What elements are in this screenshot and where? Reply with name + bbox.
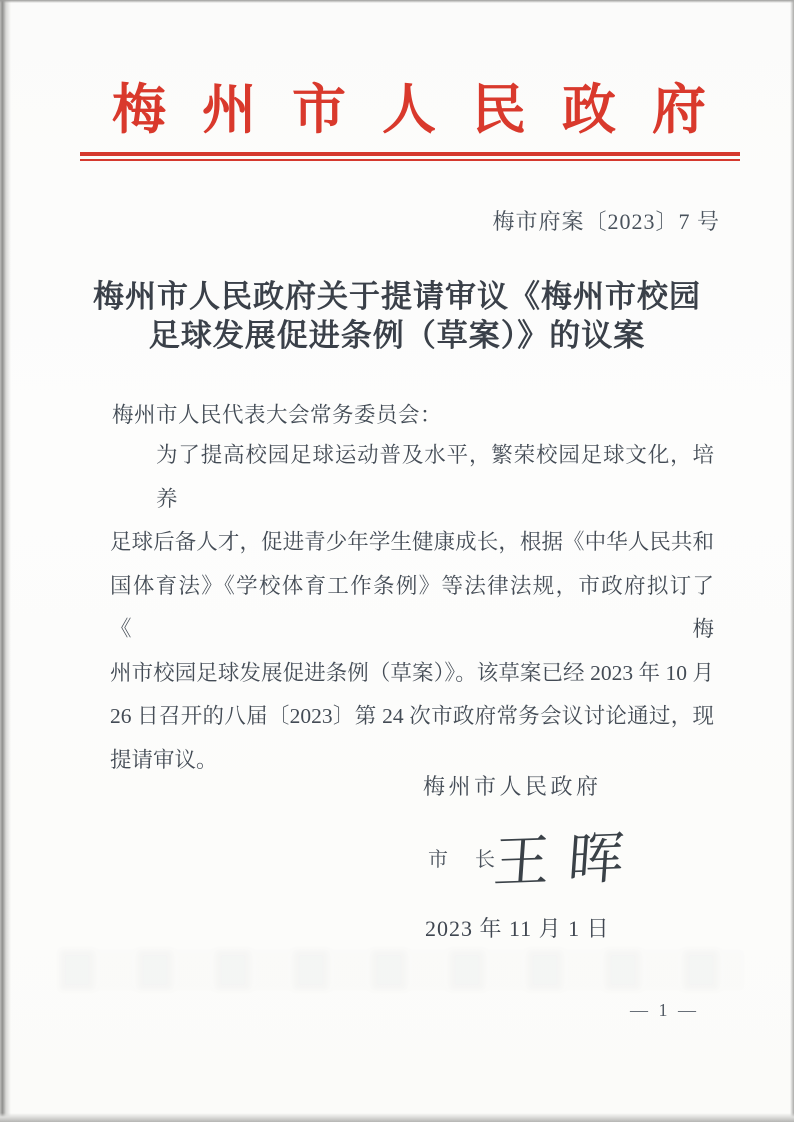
divider-thick-line bbox=[80, 152, 740, 156]
doc-title-line-1: 梅州市人民政府关于提请审议《梅州市校园 bbox=[0, 277, 794, 316]
signer-org: 梅州市人民政府 bbox=[423, 770, 602, 801]
doc-date: 2023 年 11 月 1 日 bbox=[425, 912, 610, 943]
scan-edge-right bbox=[790, 0, 794, 1122]
scan-bleed-artifact bbox=[60, 950, 744, 990]
doc-title-line-2: 足球发展促进条例（草案）》的议案 bbox=[0, 316, 794, 355]
document-page: 梅州市人民政府 梅市府案〔2023〕7 号 梅州市人民政府关于提请审议《梅州市校… bbox=[0, 0, 794, 1122]
body-paragraph: 为了提高校园足球运动普及水平，繁荣校园足球文化，培养 足球后备人才，促进青少年学… bbox=[110, 434, 714, 782]
body-line: 国体育法》《学校体育工作条例》等法律法规，市政府拟订了《梅 bbox=[110, 565, 714, 652]
body-line: 足球后备人才，促进青少年学生健康成长，根据《中华人民共和 bbox=[110, 521, 714, 565]
body-line: 26 日召开的八届〔2023〕第 24 次市政府常务会议讨论通过，现 bbox=[110, 695, 714, 739]
signature-handwritten: 王晖 bbox=[491, 813, 645, 898]
doc-title: 梅州市人民政府关于提请审议《梅州市校园 足球发展促进条例（草案）》的议案 bbox=[0, 277, 794, 355]
page-number: — 1 — bbox=[630, 1000, 699, 1021]
letterhead-divider bbox=[80, 152, 740, 161]
letterhead-title: 梅州市人民政府 bbox=[112, 78, 772, 142]
body-line: 提请审议。 bbox=[110, 739, 714, 783]
body-line: 为了提高校园足球运动普及水平，繁荣校园足球文化，培养 bbox=[110, 434, 714, 521]
divider-thin-line bbox=[80, 159, 740, 161]
doc-number: 梅市府案〔2023〕7 号 bbox=[492, 205, 720, 236]
scan-edge-left bbox=[0, 0, 11, 1122]
scan-edge-top bbox=[0, 0, 794, 3]
salutation: 梅州市人民代表大会常务委员会： bbox=[112, 398, 442, 429]
body-line: 州市校园足球发展促进条例（草案）》。该草案已经 2023 年 10 月 bbox=[110, 652, 714, 696]
scan-edge-bottom bbox=[0, 1113, 794, 1122]
